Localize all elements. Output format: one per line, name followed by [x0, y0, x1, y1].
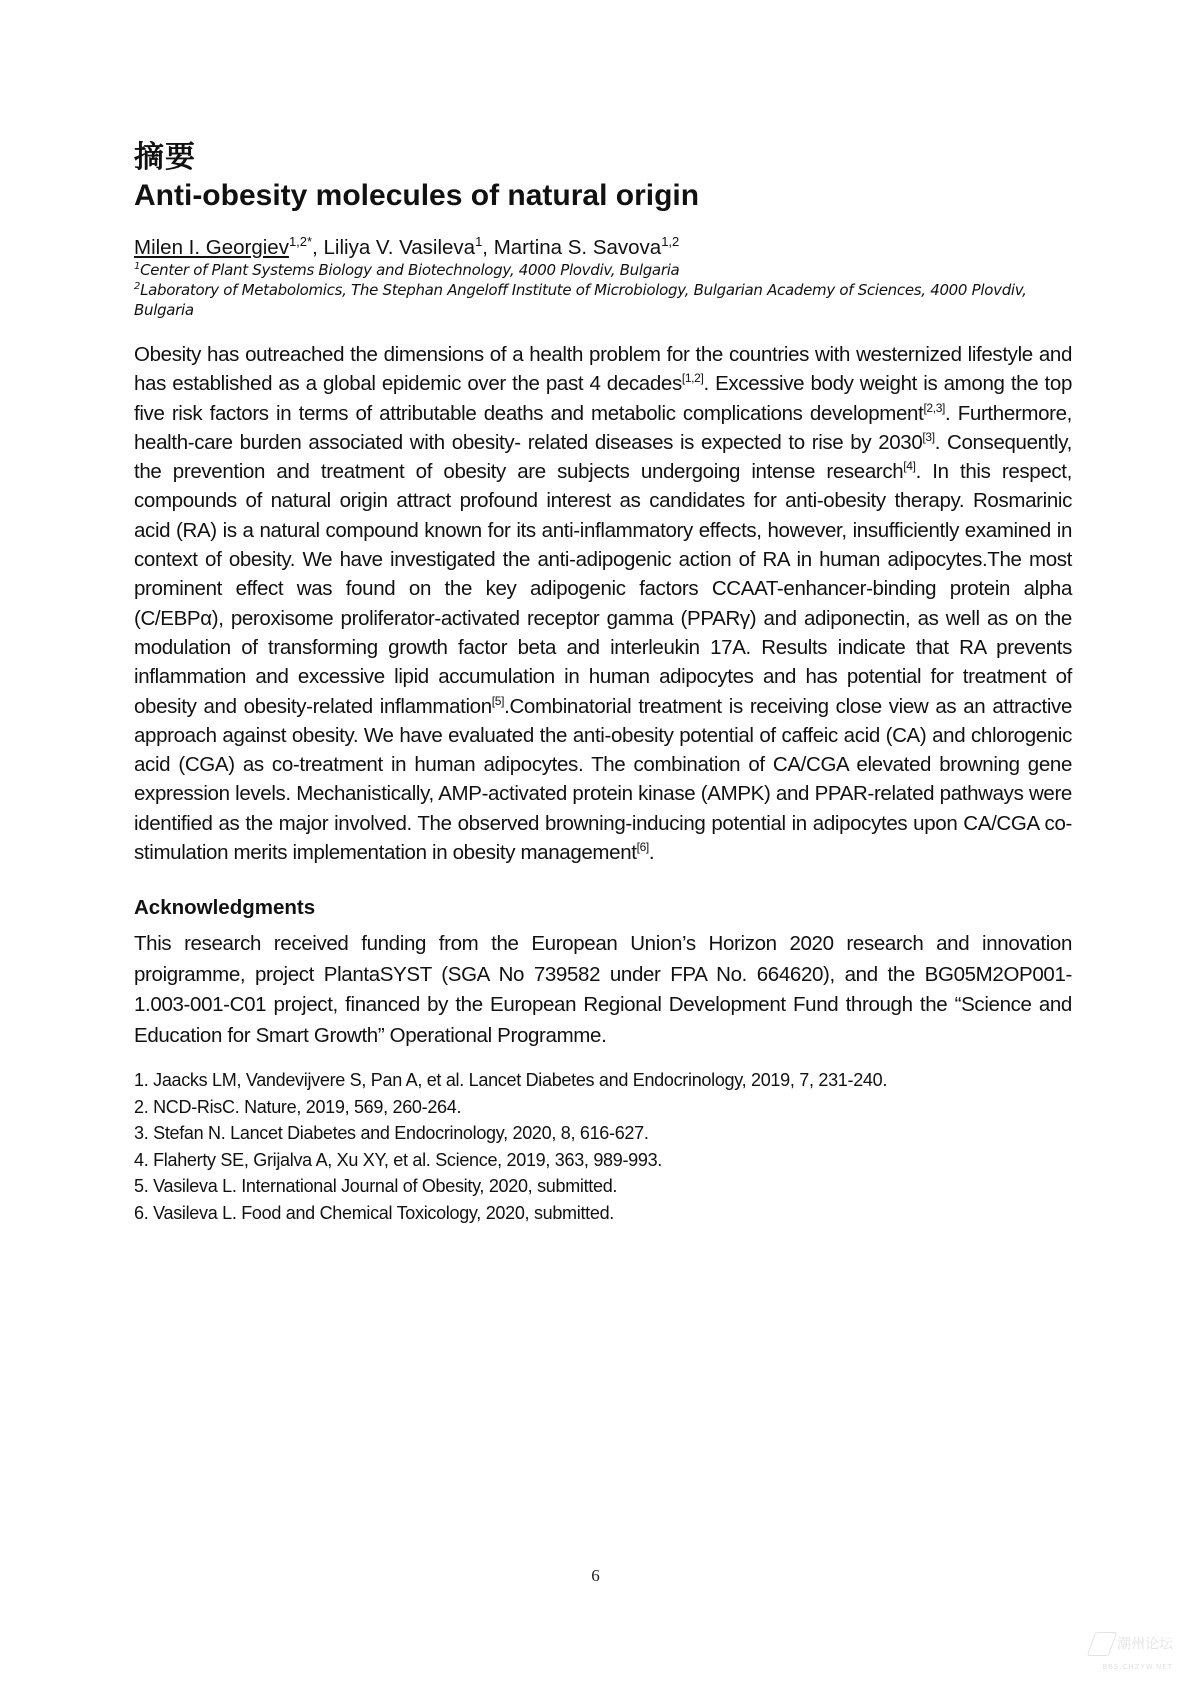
affiliation: 1Center of Plant Systems Biology and Bio…	[134, 260, 1072, 280]
reference-list: 1. Jaacks LM, Vandevijvere S, Pan A, et …	[134, 1067, 1072, 1226]
affiliation-text: Center of Plant Systems Biology and Biot…	[140, 261, 679, 279]
citation-marker: [4]	[903, 459, 915, 473]
affiliation-text: Laboratory of Metabolomics, The Stephan …	[134, 281, 1027, 319]
affiliation-list: 1Center of Plant Systems Biology and Bio…	[134, 260, 1072, 320]
page-number: 6	[0, 1566, 1191, 1586]
forum-logo-icon	[1087, 1632, 1118, 1656]
author-name: Liliya V. Vasileva	[324, 236, 476, 259]
abstract-body: Obesity has outreached the dimensions of…	[134, 340, 1072, 867]
author-name: Milen I. Georgiev	[134, 236, 289, 259]
paper-title: Anti-obesity molecules of natural origin	[134, 178, 1072, 214]
citation-marker: [1,2]	[682, 371, 704, 385]
acknowledgments-heading: Acknowledgments	[134, 895, 1072, 921]
citation-marker: [3]	[922, 430, 934, 444]
reference-item: 2. NCD-RisC. Nature, 2019, 569, 260-264.	[134, 1094, 1072, 1121]
author-name: Martina S. Savova	[494, 236, 662, 259]
reference-item: 1. Jaacks LM, Vandevijvere S, Pan A, et …	[134, 1067, 1072, 1094]
author-affiliation-mark: 1,2*	[289, 234, 312, 249]
section-title-cn: 摘要	[134, 140, 1072, 176]
watermark-en: BBS.CHZYW.NET	[1102, 1663, 1173, 1671]
author-affiliation-mark: 1	[475, 234, 482, 249]
affiliation: 2Laboratory of Metabolomics, The Stephan…	[134, 280, 1072, 320]
reference-item: 5. Vasileva L. International Journal of …	[134, 1173, 1072, 1200]
watermark: 潮州论坛 BBS.CHZYW.NET	[1091, 1632, 1173, 1672]
paper-page: 摘要 Anti-obesity molecules of natural ori…	[134, 140, 1072, 1242]
reference-item: 4. Flaherty SE, Grijalva A, Xu XY, et al…	[134, 1147, 1072, 1174]
author-affiliation-mark: 1,2	[661, 234, 679, 249]
citation-marker: [6]	[637, 840, 649, 854]
reference-item: 3. Stefan N. Lancet Diabetes and Endocri…	[134, 1120, 1072, 1147]
author-list: Milen I. Georgiev1,2*, Liliya V. Vasilev…	[134, 236, 1072, 260]
watermark-cn: 潮州论坛	[1117, 1637, 1173, 1653]
citation-marker: [5]	[492, 694, 504, 708]
citation-marker: [2,3]	[923, 401, 945, 415]
reference-item: 6. Vasileva L. Food and Chemical Toxicol…	[134, 1200, 1072, 1227]
acknowledgments-body: This research received funding from the …	[134, 929, 1072, 1051]
